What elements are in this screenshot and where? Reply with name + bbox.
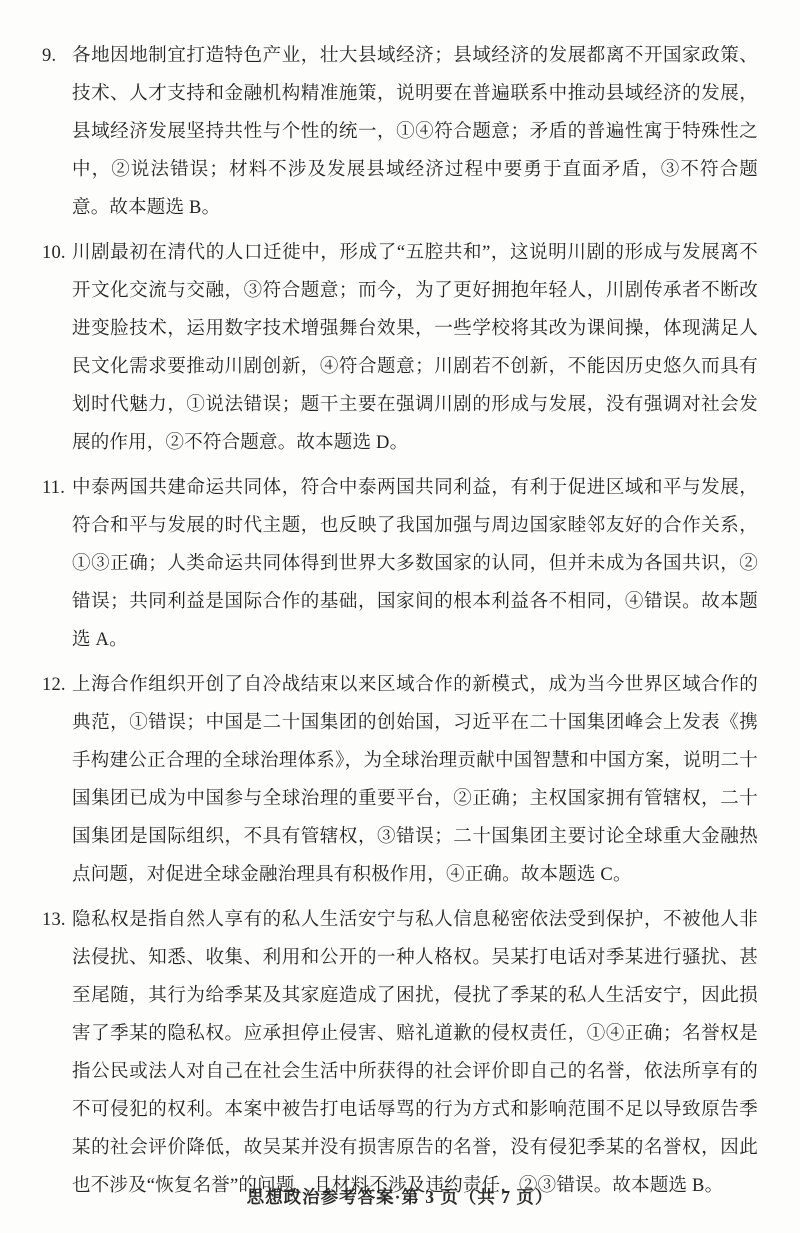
- item-text: 隐私权是指自然人享有的私人生活安宁与私人信息秘密依法受到保护，不被他人非法侵扰、…: [72, 910, 758, 1196]
- answer-item-10: 10. 川剧最初在清代的人口迁徙中，形成了“五腔共和”，这说明川剧的形成与发展离…: [72, 234, 758, 462]
- item-text: 各地因地制宜打造特色产业，壮大县域经济；县域经济的发展都离不开国家政策、技术、人…: [72, 46, 758, 218]
- answer-item-9: 9. 各地因地制宜打造特色产业，壮大县域经济；县域经济的发展都离不开国家政策、技…: [72, 37, 758, 227]
- item-number: 12.: [42, 666, 66, 704]
- item-number: 13.: [42, 901, 66, 939]
- item-text: 中泰两国共建命运共同体，符合中泰两国共同利益，有利于促进区域和平与发展，符合和平…: [72, 478, 758, 650]
- item-number: 11.: [42, 469, 65, 507]
- answer-item-12: 12. 上海合作组织开创了自冷战结束以来区域合作的新模式，成为当今世界区域合作的…: [72, 666, 758, 894]
- item-text: 上海合作组织开创了自冷战结束以来区域合作的新模式，成为当今世界区域合作的典范，①…: [72, 675, 758, 885]
- item-text: 川剧最初在清代的人口迁徙中，形成了“五腔共和”，这说明川剧的形成与发展离不开文化…: [72, 243, 758, 453]
- item-number: 10.: [42, 234, 66, 272]
- document-page: 9. 各地因地制宜打造特色产业，壮大县域经济；县域经济的发展都离不开国家政策、技…: [0, 0, 800, 1233]
- item-number: 9.: [42, 37, 56, 75]
- answers-list: 9. 各地因地制宜打造特色产业，壮大县域经济；县域经济的发展都离不开国家政策、技…: [72, 37, 758, 1212]
- answer-item-13: 13. 隐私权是指自然人享有的私人生活安宁与私人信息秘密依法受到保护，不被他人非…: [72, 901, 758, 1205]
- page-footer: 思想政治参考答案·第 3 页（共 7 页）: [0, 1184, 800, 1209]
- answer-item-11: 11. 中泰两国共建命运共同体，符合中泰两国共同利益，有利于促进区域和平与发展，…: [72, 469, 758, 659]
- footer-text: 思想政治参考答案·第 3 页（共 7 页）: [247, 1187, 554, 1207]
